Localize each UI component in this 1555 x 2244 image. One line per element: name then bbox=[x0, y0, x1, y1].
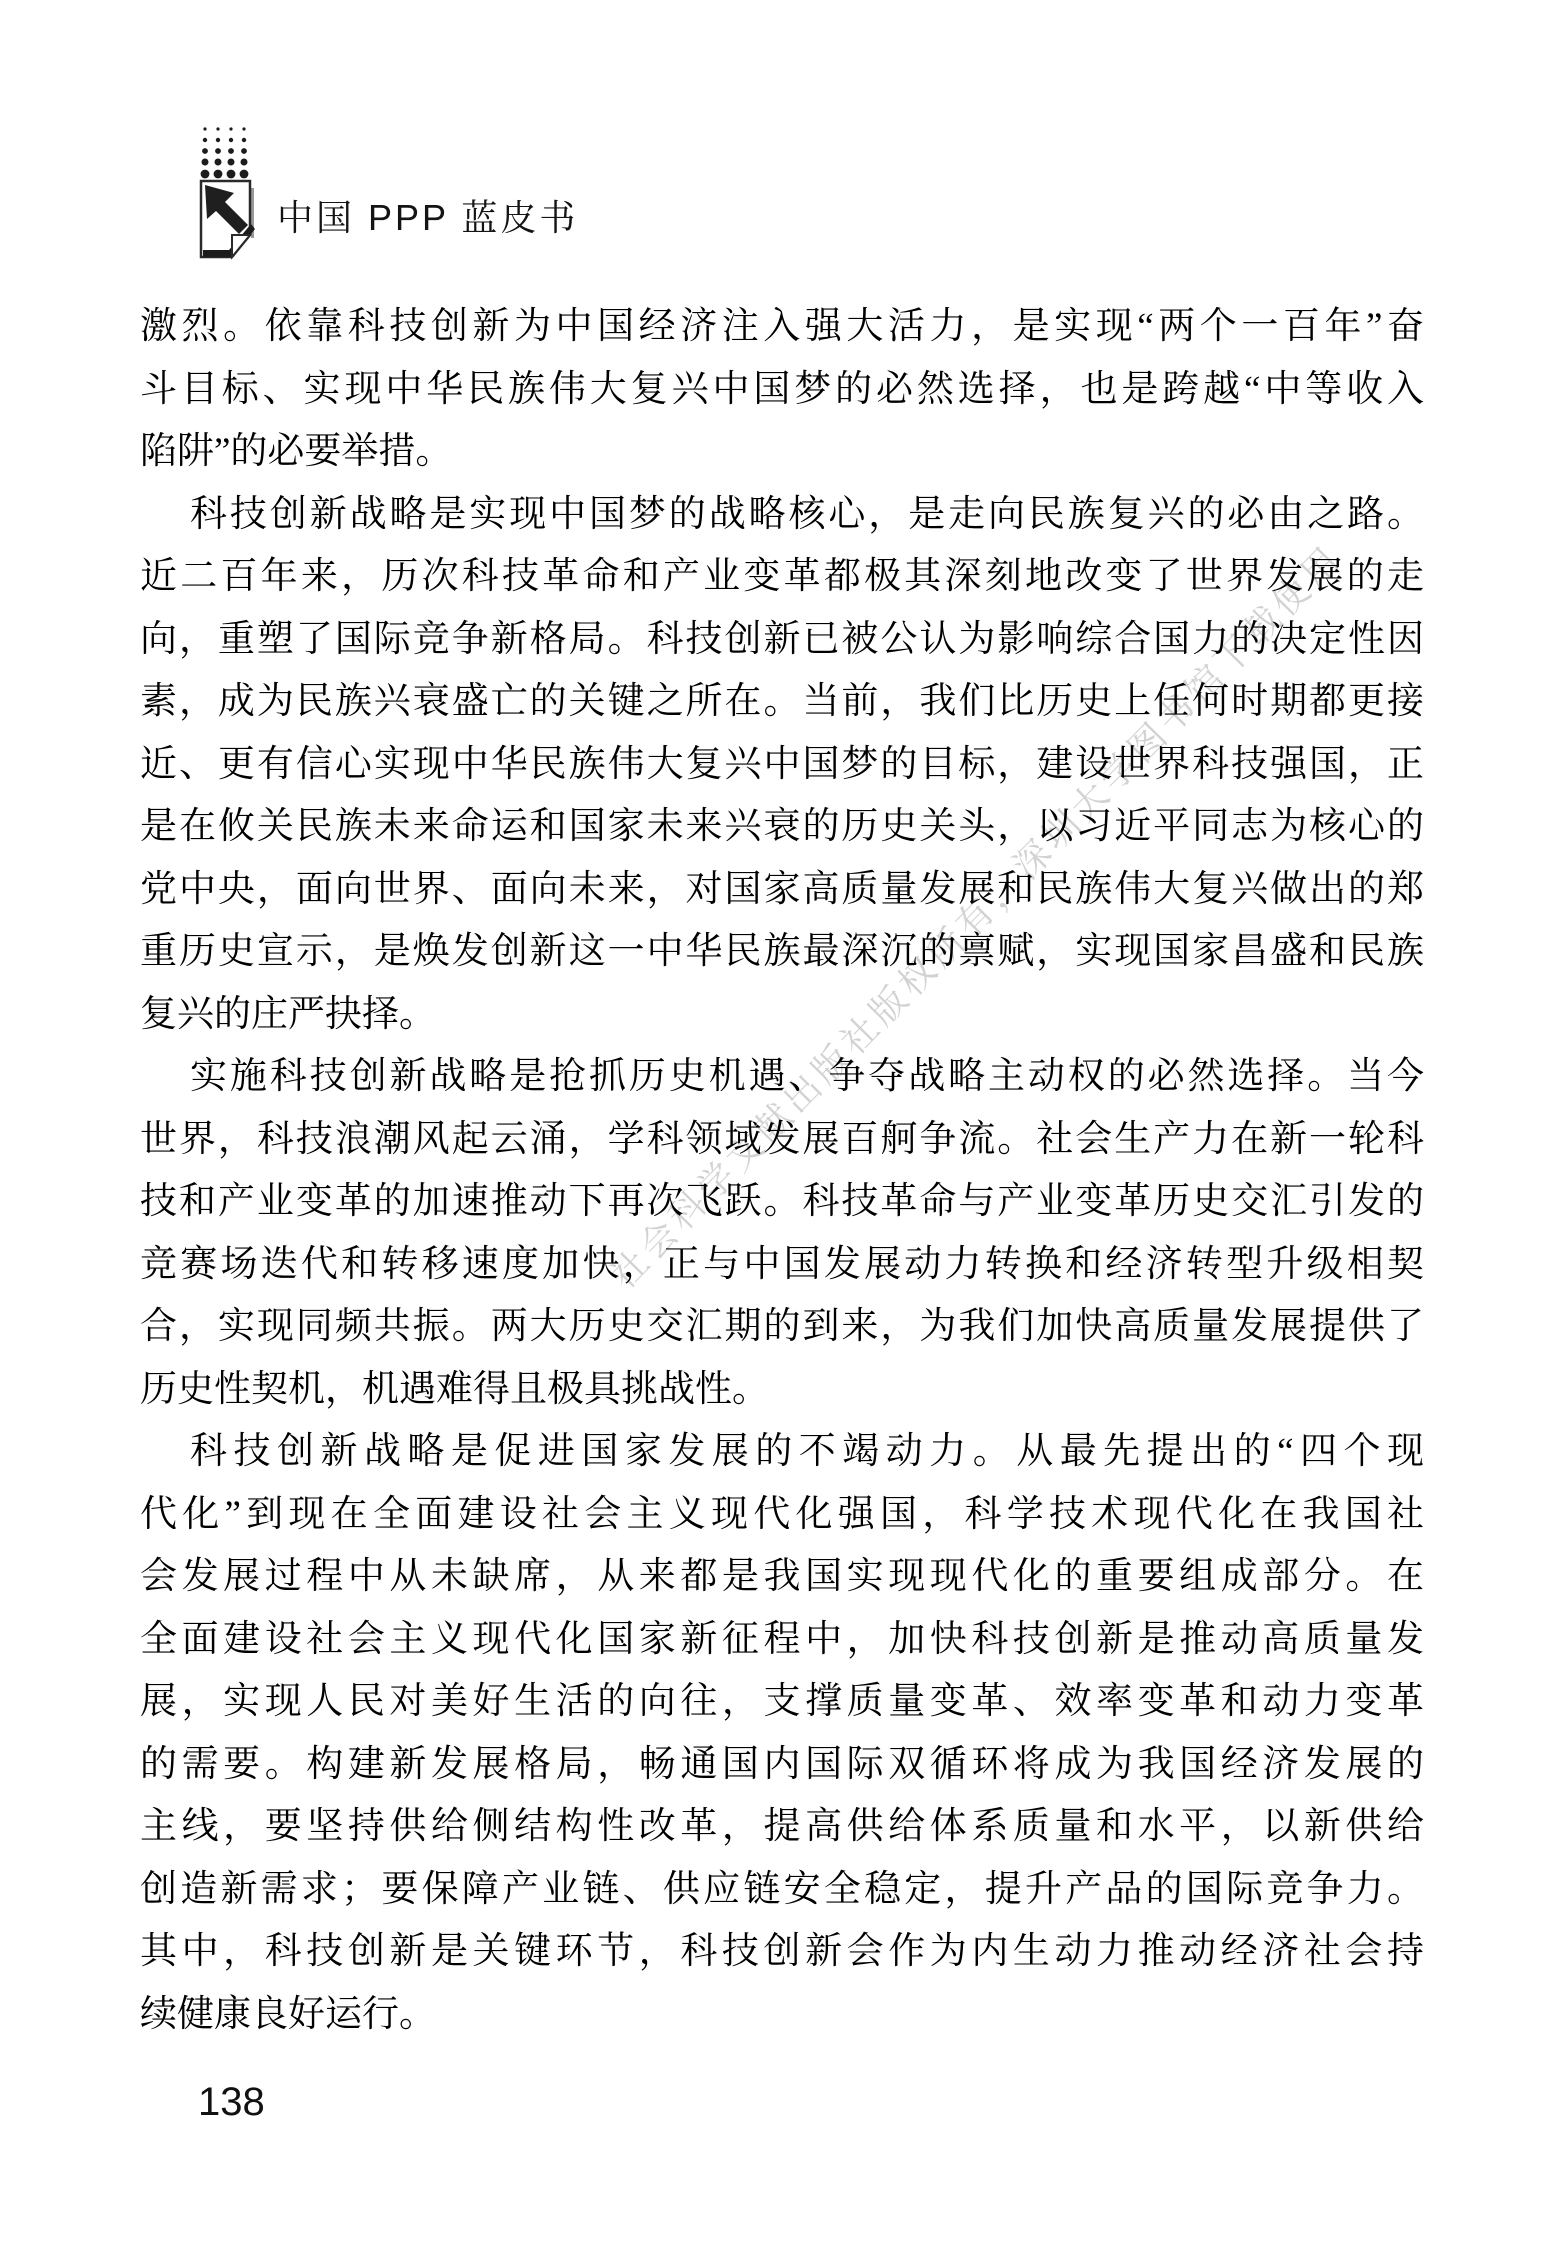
paragraph: 实施科技创新战略是抢抓历史机遇、争夺战略主动权的必然选择。当今世界，科技浪潮风起… bbox=[140, 1046, 1424, 1421]
text-line: 合，实现同频共振。两大历史交汇期的到来，为我们加快高质量发展提供了 bbox=[140, 1296, 1424, 1359]
text-line: 斗目标、实现中华民族伟大复兴中国梦的必然选择，也是跨越“中等收入 bbox=[140, 359, 1424, 422]
book-series-title: 中国 PPP 蓝皮书 bbox=[277, 200, 578, 236]
text-line: 世界，科技浪潮风起云涌，学科领域发展百舸争流。社会生产力在新一轮科 bbox=[140, 1109, 1424, 1172]
text-line: 代化”到现在全面建设社会主义现代化强国，科学技术现代化在我国社 bbox=[140, 1484, 1424, 1547]
paragraph: 激烈。依靠科技创新为中国经济注入强大活力，是实现“两个一百年”奋斗目标、实现中华… bbox=[140, 296, 1424, 484]
text-line: 其中，科技创新是关键环节，科技创新会作为内生动力推动经济社会持 bbox=[140, 1921, 1424, 1984]
text-line: 党中央，面向世界、面向未来，对国家高质量发展和民族伟大复兴做出的郑 bbox=[140, 859, 1424, 922]
text-line: 会发展过程中从未缺席，从来都是我国实现现代化的重要组成部分。在 bbox=[140, 1546, 1424, 1609]
text-line: 复兴的庄严抉择。 bbox=[140, 984, 1424, 1047]
text-line: 近、更有信心实现中华民族伟大复兴中国梦的目标，建设世界科技强国，正 bbox=[140, 734, 1424, 797]
text-line: 技和产业变革的加速推动下再次飞跃。科技革命与产业变革历史交汇引发的 bbox=[140, 1171, 1424, 1234]
page-number: 138 bbox=[198, 2082, 265, 2122]
text-line: 续健康良好运行。 bbox=[140, 1984, 1424, 2047]
text-line: 素，成为民族兴衰盛亡的关键之所在。当前，我们比历史上任何时期都更接 bbox=[140, 671, 1424, 734]
text-line: 实施科技创新战略是抢抓历史机遇、争夺战略主动权的必然选择。当今 bbox=[140, 1046, 1424, 1109]
text-line: 主线，要坚持供给侧结构性改革，提高供给体系质量和水平，以新供给 bbox=[140, 1796, 1424, 1859]
text-line: 科技创新战略是实现中国梦的战略核心，是走向民族复兴的必由之路。 bbox=[140, 484, 1424, 547]
text-line: 向，重塑了国际竞争新格局。科技创新已被公认为影响综合国力的决定性因 bbox=[140, 609, 1424, 672]
text-line: 是在攸关民族未来命运和国家未来兴衰的历史关头，以习近平同志为核心的 bbox=[140, 796, 1424, 859]
paragraph: 科技创新战略是促进国家发展的不竭动力。从最先提出的“四个现代化”到现在全面建设社… bbox=[140, 1421, 1424, 2046]
text-line: 近二百年来，历次科技革命和产业变革都极其深刻地改变了世界发展的走 bbox=[140, 546, 1424, 609]
text-line: 科技创新战略是促进国家发展的不竭动力。从最先提出的“四个现 bbox=[140, 1421, 1424, 1484]
text-line: 的需要。构建新发展格局，畅通国内国际双循环将成为我国经济发展的 bbox=[140, 1734, 1424, 1797]
text-line: 激烈。依靠科技创新为中国经济注入强大活力，是实现“两个一百年”奋 bbox=[140, 296, 1424, 359]
paragraph: 科技创新战略是实现中国梦的战略核心，是走向民族复兴的必由之路。近二百年来，历次科… bbox=[140, 484, 1424, 1047]
page-body-text: 激烈。依靠科技创新为中国经济注入强大活力，是实现“两个一百年”奋斗目标、实现中华… bbox=[140, 296, 1424, 2046]
publisher-logo-icon bbox=[196, 124, 262, 264]
book-page: 社会科学文献出版社版权所有，深圳大学图书馆下载使用 中国 PPP 蓝皮书 激烈。… bbox=[0, 0, 1555, 2244]
text-line: 历史性契机，机遇难得且极具挑战性。 bbox=[140, 1359, 1424, 1422]
text-line: 展，实现人民对美好生活的向往，支撑质量变革、效率变革和动力变革 bbox=[140, 1671, 1424, 1734]
text-line: 竞赛场迭代和转移速度加快，正与中国发展动力转换和经济转型升级相契 bbox=[140, 1234, 1424, 1297]
text-line: 全面建设社会主义现代化国家新征程中，加快科技创新是推动高质量发 bbox=[140, 1609, 1424, 1672]
text-line: 陷阱”的必要举措。 bbox=[140, 421, 1424, 484]
text-line: 重历史宣示，是焕发创新这一中华民族最深沉的禀赋，实现国家昌盛和民族 bbox=[140, 921, 1424, 984]
text-line: 创造新需求；要保障产业链、供应链安全稳定，提升产品的国际竞争力。 bbox=[140, 1859, 1424, 1922]
